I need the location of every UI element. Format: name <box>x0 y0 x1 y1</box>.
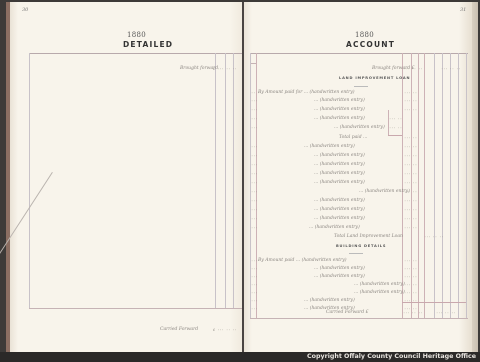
entry-text: ... (handwritten entry) <box>304 144 355 149</box>
entry-ref: ··· <box>251 259 258 263</box>
frame-bottom-rule <box>29 308 243 309</box>
entry-text: ... (handwritten entry) <box>354 282 405 287</box>
entry-text: By Amount paid ... (handwritten entry) <box>258 258 347 263</box>
page-heading: DETAILED <box>123 40 173 49</box>
frame-top-rule <box>250 53 468 54</box>
entry-ref: ··· <box>251 283 258 287</box>
entry-amount: ··· ·· <box>404 108 417 112</box>
amount-col-4-rule <box>424 53 425 318</box>
entry-ref: ··· <box>251 291 258 295</box>
entry-ref: ··· <box>251 299 258 303</box>
brought-forward-total: ··· ·· ·· <box>441 67 460 71</box>
frame-bottom-rule <box>250 318 468 319</box>
entry-amount: ··· ·· <box>404 154 417 158</box>
total-col-4-rule <box>458 53 459 318</box>
entry-text: ... (handwritten entry) <box>314 216 365 221</box>
entry-ref: ··· <box>251 307 258 311</box>
entry-text: Total paid ... <box>339 135 367 140</box>
section-underline <box>354 86 368 87</box>
entry-text: By Amount paid for ... (handwritten entr… <box>258 90 355 95</box>
entry-text: ... (handwritten entry) <box>304 298 355 303</box>
right-page: 31 1880 ACCOUNT Brought forward £ ··· ··… <box>244 2 472 352</box>
entry-text: ... (handwritten entry) <box>314 162 365 167</box>
entry-amount: ··· ·· <box>404 291 417 295</box>
page-year: 1880 <box>127 31 146 39</box>
section-total-amount: ··· ·· ·· <box>424 235 443 239</box>
entry-amount: ··· ·· <box>404 172 417 176</box>
entry-amount: ··· ·· <box>404 199 417 203</box>
entry-text: ... (handwritten entry) <box>314 180 365 185</box>
section-total-label: Total Land Improvement Loan <box>334 234 403 239</box>
entry-text: ... (handwritten entry) <box>314 153 365 158</box>
entry-ref: ··· <box>251 181 258 185</box>
entry-amount: ··· ·· <box>404 259 417 263</box>
pounds-column-rule <box>215 53 216 308</box>
total-col-2-rule <box>442 53 443 318</box>
amount-col-3-rule <box>418 53 419 318</box>
entry-ref: ··· <box>251 154 258 158</box>
section-underline <box>349 253 363 254</box>
entry-ref: ··· <box>251 199 258 203</box>
entry-ref: ··· <box>251 172 258 176</box>
frame-left-rule <box>29 53 30 308</box>
entry-ref: ··· <box>251 145 258 149</box>
entry-ref: ··· <box>251 275 258 279</box>
entry-amount: ··· ·· <box>404 226 417 230</box>
entry-amount: ··· ·· <box>404 208 417 212</box>
carried-forward-total: ··· ·· ·· <box>436 311 455 315</box>
page-year: 1880 <box>355 31 374 39</box>
carried-forward-label: Carried Forward £ <box>326 310 368 315</box>
carried-forward-amount: £ ··· ·· ·· <box>213 328 237 332</box>
entry-text: ... (handwritten entry) <box>314 171 365 176</box>
entry-text: ... (handwritten entry) <box>334 125 385 130</box>
entry-text: ... (handwritten entry) <box>314 116 365 121</box>
page-number: 30 <box>22 7 28 13</box>
total-col-1-rule <box>434 53 435 318</box>
open-ledger-book: 30 1880 DETAILED Brought forward £ ··· ·… <box>6 2 478 352</box>
entry-ref: ··· <box>251 267 258 271</box>
frame-top-rule <box>29 53 243 54</box>
entry-ref: ··· <box>251 190 258 194</box>
page-heading: ACCOUNT <box>346 40 395 49</box>
entry-text: ... (handwritten entry) <box>314 274 365 279</box>
sub-bracket-rule <box>388 110 389 135</box>
entry-amount: ··· ·· <box>404 99 417 103</box>
entry-ref: ··· <box>251 108 258 112</box>
entry-amount: ··· ·· <box>389 117 402 121</box>
entry-amount: ··· ·· <box>389 126 402 130</box>
entry-text: ... (handwritten entry) <box>354 290 405 295</box>
entry-ref: ··· <box>251 208 258 212</box>
entry-amount: ··· ·· <box>404 299 417 303</box>
brought-forward-amount: ··· ·· ·· <box>403 67 422 71</box>
copyright-text: Copyright Offaly County Council Heritage… <box>307 353 476 360</box>
section-heading: LAND IMPROVEMENT LOAN <box>339 76 410 80</box>
entry-text: ... (handwritten entry) <box>314 207 365 212</box>
entry-text: ... (handwritten entry) <box>314 107 365 112</box>
entry-ref: ··· <box>251 126 258 130</box>
pence-column-rule <box>233 53 234 308</box>
left-page: 30 1880 DETAILED Brought forward £ ··· ·… <box>6 2 242 352</box>
carried-forward-label: Carried Forward <box>160 327 198 332</box>
entry-amount: ··· ·· <box>404 217 417 221</box>
entry-text: ... (handwritten entry) <box>359 189 410 194</box>
entry-text: ... (handwritten entry) <box>314 198 365 203</box>
entry-amount: ··· ·· <box>404 190 417 194</box>
entry-text: ... (handwritten entry) <box>309 225 360 230</box>
strike-through-diagonal <box>0 172 53 286</box>
carried-forward-amount: ··· ·· ·· <box>403 311 422 315</box>
entry-amount: ··· ·· <box>404 163 417 167</box>
copyright-banner: Copyright Offaly County Council Heritage… <box>0 352 480 362</box>
sub-bracket-bottom-rule <box>388 135 402 136</box>
section-heading: BUILDING DETAILS <box>336 244 386 248</box>
shillings-column-rule <box>225 53 226 308</box>
entry-ref: ··· <box>251 163 258 167</box>
entry-amount: ··· ·· <box>404 145 417 149</box>
entry-amount: ··· ·· <box>404 136 417 140</box>
entry-amount: ··· ·· <box>404 91 417 95</box>
entry-amount: ··· ·· <box>404 181 417 185</box>
entry-ref: ··· <box>251 117 258 121</box>
brought-forward-amount: £ ··· ·· ·· <box>213 67 237 71</box>
entry-text: ... (handwritten entry) <box>314 98 365 103</box>
entry-amount: ··· ·· <box>404 267 417 271</box>
entry-ref: ··· <box>251 217 258 221</box>
amount-col-1-rule <box>402 53 403 318</box>
entry-amount: ··· ·· <box>404 275 417 279</box>
entry-ref: ··· <box>251 99 258 103</box>
page-edges <box>472 2 478 352</box>
page-number: 31 <box>460 7 466 13</box>
frame-right-rule <box>466 53 467 318</box>
entry-text: ... (handwritten entry) <box>314 266 365 271</box>
total-col-3-rule <box>450 53 451 318</box>
entry-amount: ··· ·· <box>404 283 417 287</box>
entry-ref: ··· <box>251 226 258 230</box>
